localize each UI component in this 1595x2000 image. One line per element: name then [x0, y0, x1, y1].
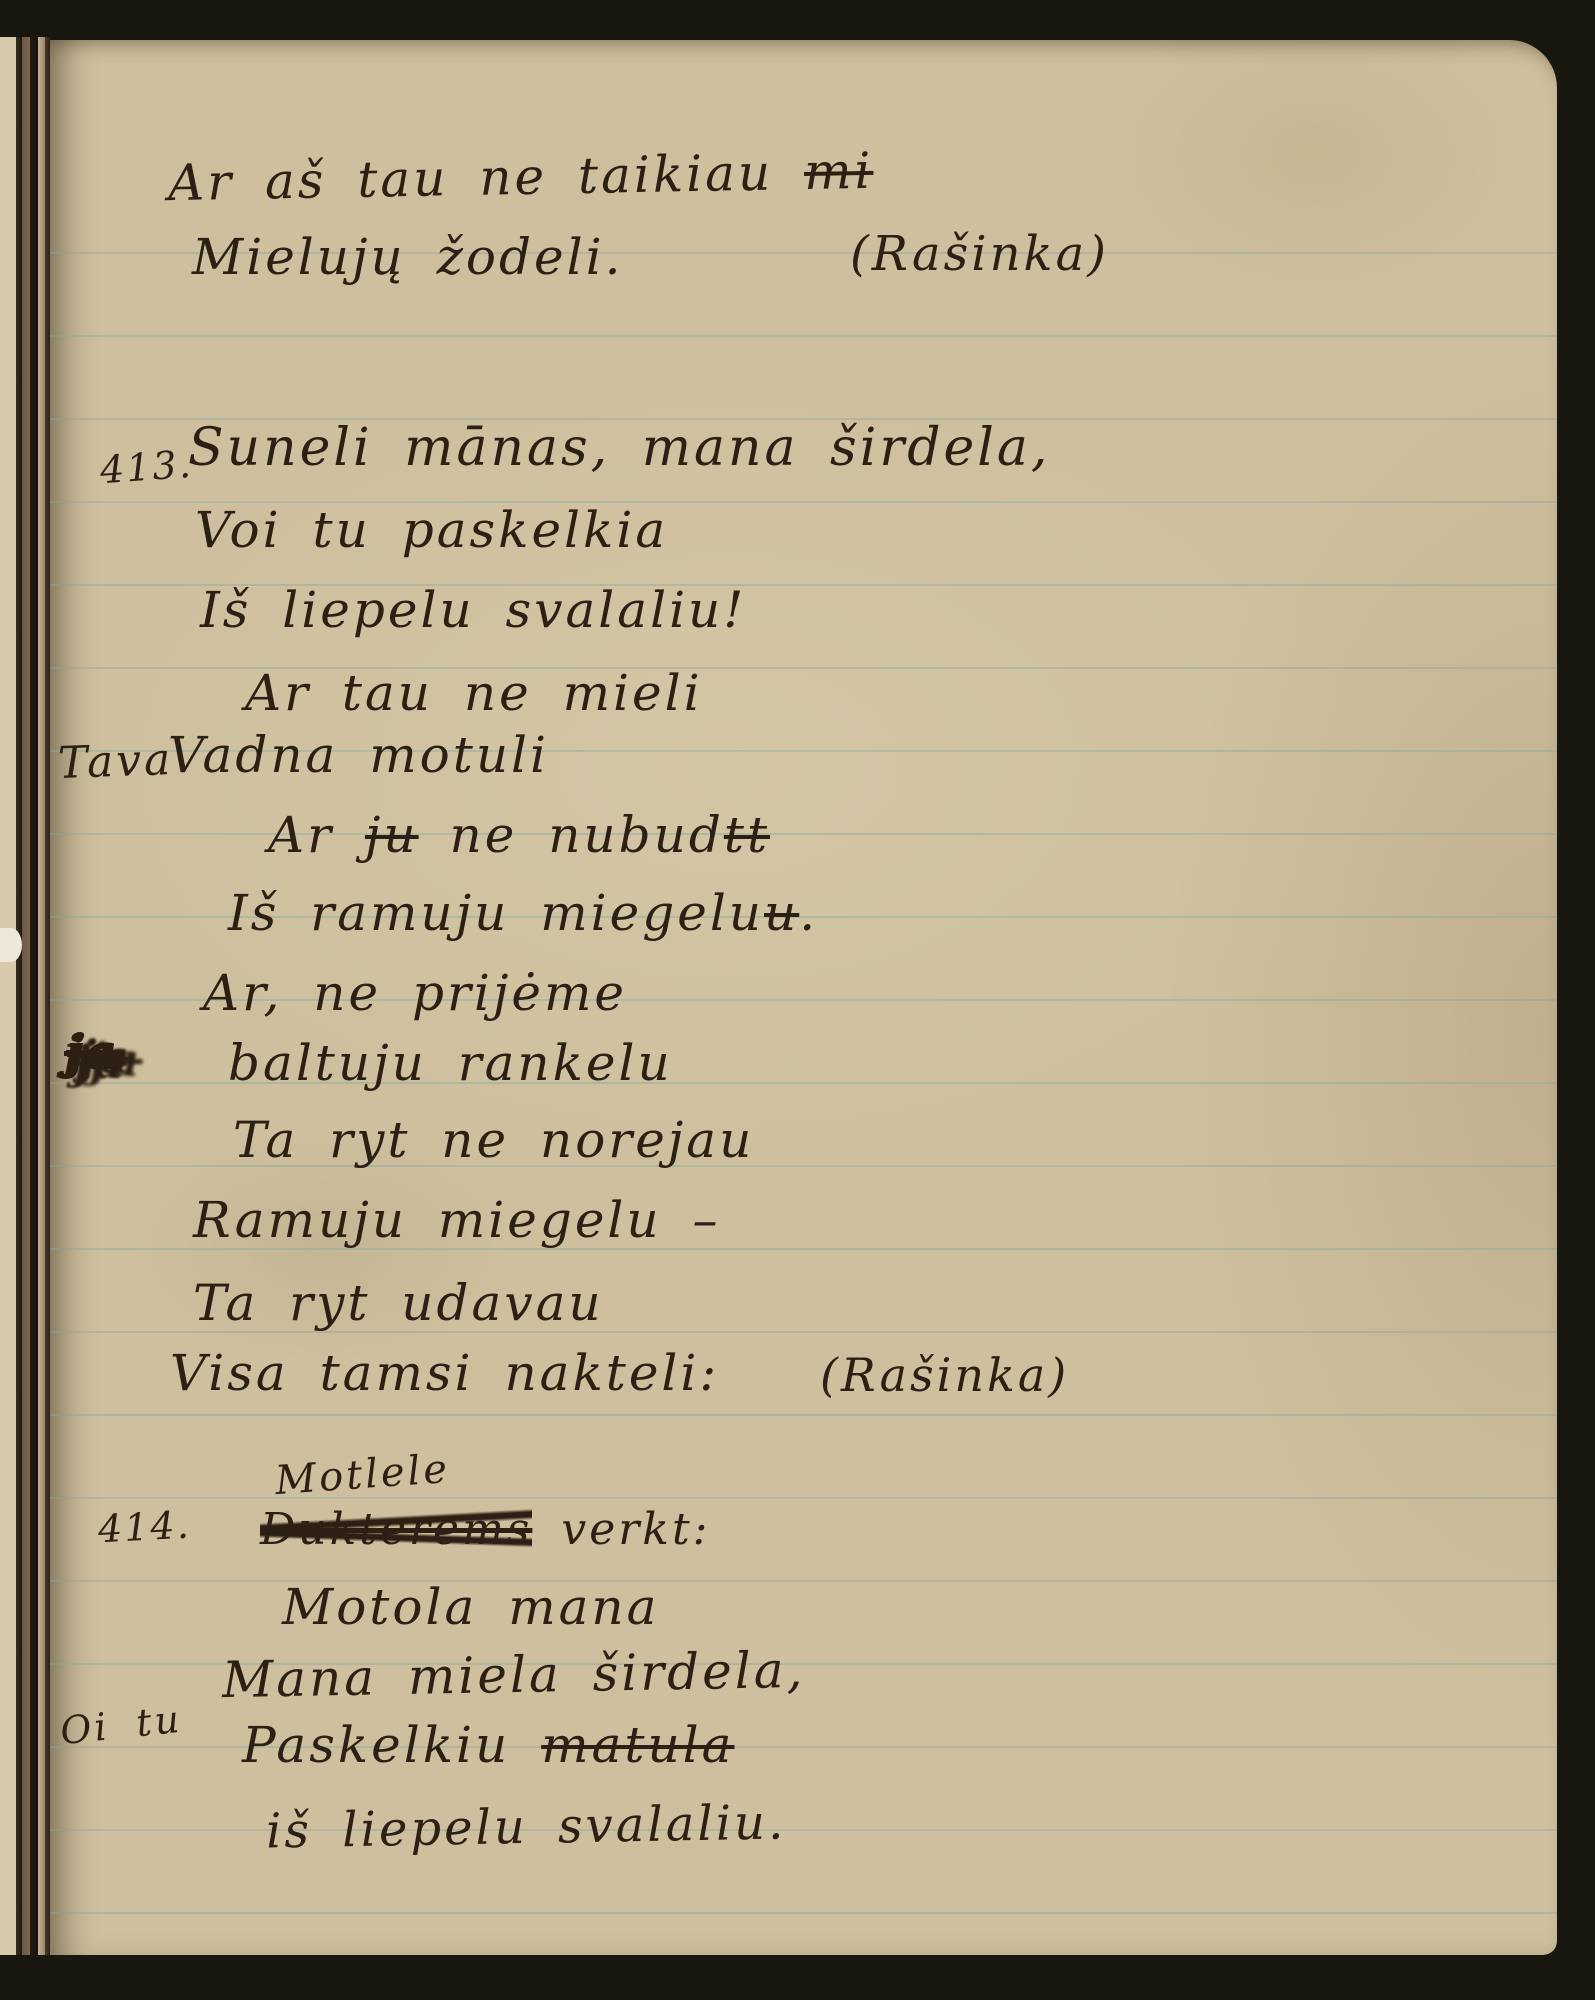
- lyric-line: baltuju rankelu: [228, 1038, 673, 1088]
- lyric-line: Ta ryt udavau: [193, 1278, 604, 1328]
- lyric-text: Ar aš tau ne taikiau: [168, 144, 774, 213]
- lyric-text: .: [799, 884, 818, 942]
- notebook-page: Ar aš tau ne taikiau mi Mielujų žodeli. …: [50, 40, 1557, 1955]
- lyric-line: Dukterems verkt:: [260, 1508, 710, 1552]
- lyric-line: Ar ju ne nubudtt: [268, 810, 770, 860]
- lyric-line: Motola mana: [282, 1582, 659, 1632]
- margin-blot: ja: [66, 1028, 118, 1074]
- lyric-line: Vadna motuli: [168, 730, 549, 780]
- song-number: 413.: [99, 445, 194, 489]
- lyric-line: Suneli mānas, mana širdela,: [188, 422, 1050, 474]
- lyric-text: verkt:: [561, 1504, 710, 1555]
- lyric-text: ne nubud: [450, 806, 724, 864]
- scribbled-word: Dukterems: [260, 1504, 532, 1555]
- struck-word: tt: [724, 806, 770, 864]
- lyric-line: Ar tau ne mieli: [245, 668, 703, 718]
- struck-word: u: [764, 884, 799, 942]
- struck-word: mi: [804, 142, 874, 201]
- attribution: (Rašinka): [850, 230, 1109, 278]
- lyric-line: Paskelkiu matula: [242, 1720, 734, 1770]
- song-number: 414.: [97, 1506, 191, 1549]
- lyric-line: iš liepelu svalaliu.: [266, 1798, 787, 1855]
- struck-word: ju: [365, 806, 419, 864]
- lyric-line: Ta ryt ne norejau: [233, 1115, 754, 1165]
- lyric-line: Ar, ne prijėme: [203, 968, 627, 1018]
- lyric-text: Paskelkiu: [242, 1716, 510, 1774]
- correction-word: Motlele: [274, 1449, 451, 1501]
- lyric-line: Mielujų žodeli.: [192, 232, 624, 282]
- lyric-line: Voi tu paskelkia: [195, 505, 668, 555]
- lyric-line: Visa tamsi nakteli:: [170, 1348, 719, 1398]
- lyric-line: Iš liepelu svalaliu!: [200, 585, 746, 635]
- lyric-line: Iš ramuju miegeluu.: [228, 888, 818, 938]
- lyric-text: Ar: [268, 806, 334, 864]
- struck-word: matula: [541, 1716, 734, 1774]
- scanned-notebook-photo: Ar aš tau ne taikiau mi Mielujų žodeli. …: [0, 0, 1595, 2000]
- lyric-text: Iš ramuju miegelu: [228, 884, 764, 942]
- margin-note: Tava: [57, 738, 174, 786]
- lyric-line: Ramuju miegelu –: [193, 1195, 721, 1245]
- attribution: (Rašinka): [820, 1352, 1069, 1398]
- lyric-line: Mana miela širdela,: [222, 1645, 806, 1705]
- lyric-line: Ar aš tau ne taikiau mi: [168, 146, 874, 208]
- paper-tear: [0, 928, 22, 962]
- previous-page-edge: [0, 37, 50, 1955]
